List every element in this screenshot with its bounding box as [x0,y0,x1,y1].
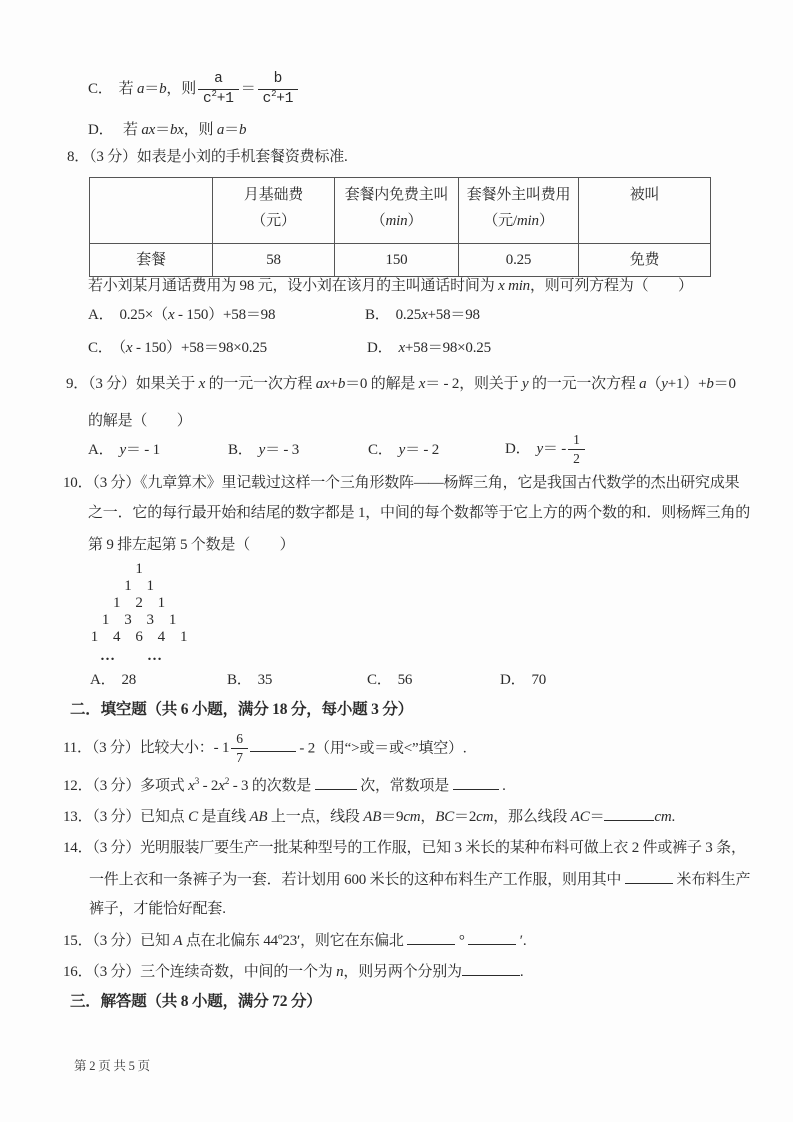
text-run: 上一点，线段 [267,809,363,825]
text-run: 1 [169,610,176,630]
section3-header: 三．解答题（共 8 小题，满分 72 分） [70,992,322,1012]
text-runs: 16．（3 分）三个连续奇数，中间的一个为 n，则另两个分别为. [63,964,523,980]
text-run: 0.25 [396,307,421,323]
q8-option-c: C．（x - 150）+58＝98×0.25 [88,338,267,358]
table-cell: 150 [335,244,459,277]
text-run: ＝ - 2，则关于 [425,376,522,392]
table-header-cell: 被叫 [579,178,711,244]
table-cell: 免费 [579,244,711,277]
text-run: ） [407,213,422,229]
text-runs: 裤子，才能恰好配套. [89,901,226,917]
text-run: ，则可列方程为（ ） [530,278,693,294]
text-run: 1 [124,576,131,596]
text-run: 1 [113,593,120,613]
den-tail: +1 [276,91,293,107]
text-run: ） [539,213,554,229]
q8-option-b: B．0.25x+58＝98 [365,305,480,325]
text-run: 月基础费 [244,187,303,203]
text-run: cm [654,809,671,825]
fraction: 1 2 [568,432,585,465]
text-run: +1）+ [668,376,707,392]
table-cell: 套餐 [90,244,213,277]
text-runs: 若 ax＝bx，则 a＝b [123,122,246,138]
text-run: 15．（3 分）已知 [63,933,173,949]
text-run: ax [141,122,155,138]
text-run: 1 [135,559,142,579]
text-run: 2 [135,593,142,613]
option-label: B． [228,442,253,458]
text-run: 4 [113,627,120,647]
text-runs: 14．（3 分）光明服装厂要生产一批某种型号的工作服，已知 3 米长的某种布料可… [63,840,746,856]
table-header-row: 月基础费（元） 套餐内免费主叫（min） 套餐外主叫费用（元/min） 被叫 [90,178,711,244]
text-runs: y＝ - [536,439,566,459]
blank-field [315,775,357,790]
fraction: a c2+1 [198,71,239,106]
header-line1: 月基础费 [213,185,334,205]
text-run: min [517,213,539,229]
den-base: c [203,91,212,107]
text-run: 3 [147,610,154,630]
text-run: 8．（3 分）如表是小刘的手机套餐资费标准. [67,149,348,165]
text-run: A [173,933,182,949]
text-run: ′. [516,933,526,949]
text-run: BC [435,809,454,825]
q8-option-a: A．0.25×（x - 150）+58＝98 [88,305,275,325]
text-run: … [100,646,116,663]
text-run: AB [249,809,267,825]
fraction-denominator: c2+1 [198,89,239,107]
text-run: +58＝98×0.25 [405,340,491,356]
text-run: 1 [91,627,98,647]
text-run: b [239,122,246,138]
text-runs: x+58＝98×0.25 [398,340,490,356]
fraction-denominator: 7 [231,748,248,765]
triangle-row: 121 [73,594,205,611]
text-runs: 15．（3 分）已知 A 点在北偏东 44o23′，则它在东偏北 ° ′. [63,933,526,949]
header-line2 [90,211,212,231]
text-run: . [671,809,675,825]
blank-field [250,738,296,753]
text-runs: 11．（3 分）比较大小： [63,738,214,758]
text-run: AC [571,809,590,825]
equals-sign: ＝ [241,79,256,99]
q10-option-a: A．28 [90,670,136,690]
text-run: 0.25×（ [119,307,168,323]
text-run: + [330,376,338,392]
mixed-number-sign: - 1 [214,738,230,758]
q8-heading: 8．（3 分）如表是小刘的手机套餐资费标准. [67,147,348,167]
text-run: 9．（3 分）如果关于 [66,376,199,392]
text-run: +58＝98 [428,307,480,323]
pascal-triangle: 1 11 121 1331 14641 …… [73,560,205,663]
q10-line2: 之一．它的每行最开始和结尾的数字都是 1，中间的每个数都等于它上方的两个数的和．… [88,503,750,523]
text-run: - 150）+58＝98×0.25 [132,340,267,356]
header-line1 [90,185,212,205]
option-value: 28 [121,672,136,688]
text-runs: 之一．它的每行最开始和结尾的数字都是 1，中间的每个数都等于它上方的两个数的和．… [88,505,750,521]
fraction-denominator: c2+1 [258,89,299,107]
q11-line: 11．（3 分）比较大小： - 1 6 7 - 2（用“>或＝或<”填空）. [63,726,466,770]
q10-line1: 10．（3 分）《九章算术》里记载过这样一个三角形数阵——杨辉三角，它是我国古代… [63,473,739,493]
text-run: 若小刘某月通话费用为 98 元，设小刘在该月的主叫通话时间为 [88,278,498,294]
text-run: . [499,778,506,794]
triangle-row: 14641 [73,628,205,645]
table-cell: 58 [213,244,335,277]
den-tail: +1 [217,91,234,107]
triangle-row: 1331 [73,611,205,628]
table-cell: 0.25 [459,244,579,277]
text-run: （ [646,376,661,392]
text-run: 是直线 [198,809,250,825]
text-run: 第 9 排左起第 5 个数是（ ） [88,537,294,553]
text-runs: 若小刘某月通话费用为 98 元，设小刘在该月的主叫通话时间为 x min，则可列… [88,278,693,294]
fraction-numerator: 6 [231,731,248,747]
fraction-numerator: 1 [568,432,585,448]
q10-line3: 第 9 排左起第 5 个数是（ ） [88,535,294,555]
q15-line: 15．（3 分）已知 A 点在北偏东 44o23′，则它在东偏北 ° ′. [63,930,526,951]
text-runs: 9．（3 分）如果关于 x 的一元一次方程 ax+b＝0 的解是 x＝ - 2，… [66,376,736,392]
q8-option-d: D．x+58＝98×0.25 [367,338,491,358]
option-label: B． [227,672,252,688]
text-run: （ [371,213,386,229]
header-line1: 被叫 [579,185,710,205]
fraction-numerator: b [258,71,299,88]
text-run: 4 [158,627,165,647]
option-label: A． [88,307,113,323]
text-run: . [520,964,524,980]
option-label: A． [90,672,115,688]
text-run: ＝ - 3 [265,442,299,458]
text-runs: 一件上衣和一条裤子为一套．若计划用 600 米长的这种布料生产工作服，则用其中 … [89,872,750,888]
text-run: 1 [147,576,154,596]
text-run: ＝ - 1 [126,442,160,458]
text-run: 点在北偏东 44 [182,933,278,949]
text-run: ax [316,376,330,392]
table-header-cell [90,178,213,244]
text-run: 1 [180,627,187,647]
text-run: 13．（3 分）已知点 [63,809,188,825]
q13-line: 13．（3 分）已知点 C 是直线 AB 上一点，线段 AB＝9cm，BC＝2c… [63,806,675,827]
text-run: 一件上衣和一条裤子为一套．若计划用 600 米长的这种布料生产工作服，则用其中 [89,872,625,888]
text-run: ，则 [184,122,217,138]
q14-line1: 14．（3 分）光明服装厂要生产一批某种型号的工作服，已知 3 米长的某种布料可… [63,838,746,858]
text-run: 被叫 [630,187,660,203]
text-run: 的一元一次方程 [528,376,639,392]
q8-fee-table: 月基础费（元） 套餐内免费主叫（min） 套餐外主叫费用（元/min） 被叫 套… [89,177,711,277]
option-label: D． [367,340,392,356]
text-run: 若 [123,122,141,138]
text-run: 套餐内免费主叫 [345,187,449,203]
prev-option-d: D． 若 ax＝bx，则 a＝b [88,120,246,140]
text-runs: （x - 150）+58＝98×0.25 [119,340,267,356]
text-run: ，那么线段 [493,809,571,825]
triangle-dots-row: …… [73,646,205,663]
text-run: - 150）+58＝98 [174,307,275,323]
text-run: … [147,646,163,663]
q10-option-d: D．70 [500,670,546,690]
option-label: B． [365,307,390,323]
text-run: cm [403,809,420,825]
header-line2: （min） [335,211,458,231]
text-runs: - 2（用“>或＝或<”填空）. [250,738,467,759]
text-run: 12．（3 分）多项式 [63,778,188,794]
table-header-cell: 套餐内免费主叫（min） [335,178,459,244]
text-run: （元/ [483,213,517,229]
text-run: AB [363,809,381,825]
text-run: 套餐外主叫费用 [467,187,571,203]
text-runs: y＝ - 1 [119,442,159,458]
text-runs: 0.25×（x - 150）+58＝98 [119,307,275,323]
blank-field [453,775,499,790]
text-runs: 第 9 排左起第 5 个数是（ ） [88,537,294,553]
text-run: 次，常数项是 [357,778,453,794]
fraction-numerator: a [198,71,239,88]
option-label: A． [88,442,113,458]
option-label: C． [367,672,392,688]
blank-field [407,930,455,945]
q8-question: 若小刘某月通话费用为 98 元，设小刘在该月的主叫通话时间为 x min，则可列… [88,276,693,296]
q14-line3: 裤子，才能恰好配套. [89,899,226,919]
text-run: cm [476,809,493,825]
fraction-denominator: 2 [568,449,585,466]
option-label: D． [505,439,530,459]
header-line2 [579,211,710,231]
blank-field [625,869,673,884]
table-header-cell: 套餐外主叫费用（元/min） [459,178,579,244]
text-run: ＝0 的解是 [345,376,419,392]
text-run: 14．（3 分）光明服装厂要生产一批某种型号的工作服，已知 3 米长的某种布料可… [63,840,746,856]
fraction: b c2+1 [258,71,299,106]
text-runs: 的解是（ ） [88,413,192,429]
text-runs: 12．（3 分）多项式 x3 - 2x2 - 3 的次数是 次，常数项是 . [63,778,506,794]
text-run: 裤子，才能恰好配套. [89,901,226,917]
text-runs: 10．（3 分）《九章算术》里记载过这样一个三角形数阵——杨辉三角，它是我国古代… [63,475,739,491]
text-run: ＝2 [454,809,476,825]
triangle-row: 1 [73,560,205,577]
option-label: D． [88,122,113,138]
text-run: min [386,213,408,229]
q9-line2: 的解是（ ） [88,411,192,431]
text-run: 米布料生产 [673,872,751,888]
blank-field [462,961,520,976]
text-run: ＝0 [714,376,736,392]
text-run: C [188,809,198,825]
q9-option-c: C．y＝ - 2 [368,440,439,460]
text-run: - 2 [199,778,218,794]
text-runs: 0.25x+58＝98 [396,307,480,323]
option-label: C． [88,340,113,356]
text-run: ＝9 [381,809,403,825]
option-value: 56 [398,672,413,688]
text-run: ， [420,809,435,825]
exam-page: C． 若 a＝b，则 a c2+1 ＝ b c2+1 D． 若 ax＝bx，则 … [0,0,793,1122]
text-run: 1 [102,610,109,630]
option-label: D． [500,672,525,688]
text-run: b [706,376,713,392]
text-run: ，则另两个分别为 [343,964,461,980]
text-run: 3 [124,610,131,630]
page-number-footer: 第 2 页 共 5 页 [74,1056,150,1076]
text-runs: y＝ - 2 [399,442,439,458]
q9-option-d: D． y＝ - 1 2 [505,427,587,471]
q16-line: 16．（3 分）三个连续奇数，中间的一个为 n，则另两个分别为. [63,961,523,982]
text-run: ＝ - 2 [405,442,439,458]
text-run: - 2（用“>或＝或<”填空）. [296,740,467,756]
q14-line2: 一件上衣和一条裤子为一套．若计划用 600 米长的这种布料生产工作服，则用其中 … [89,869,750,890]
text-run: ＝ [224,122,239,138]
text-runs: 8．（3 分）如表是小刘的手机套餐资费标准. [67,149,348,165]
text-runs: 13．（3 分）已知点 C 是直线 AB 上一点，线段 AB＝9cm，BC＝2c… [63,809,675,825]
text-run: x min [498,278,530,294]
text-run: 16．（3 分）三个连续奇数，中间的一个为 [63,964,336,980]
q9-option-b: B．y＝ - 3 [228,440,299,460]
text-run: ＝ [590,809,605,825]
text-run: ° [455,933,468,949]
option-value: 70 [531,672,546,688]
text-run: 1 [158,593,165,613]
header-line2: （元/min） [459,211,578,231]
text-run: 23′，则它在东偏北 [282,933,407,949]
prev-option-c: C． 若 a＝b，则 a c2+1 ＝ b c2+1 [88,64,300,114]
text-run: ，则 [166,81,196,97]
table-data-row: 套餐 58 150 0.25 免费 [90,244,711,277]
den-base: c [263,91,272,107]
header-line1: 套餐外主叫费用 [459,185,578,205]
text-runs: 若 a＝b，则 [119,79,196,99]
q9-line1: 9．（3 分）如果关于 x 的一元一次方程 ax+b＝0 的解是 x＝ - 2，… [66,374,736,394]
text-run: ＝ [144,81,159,97]
text-run: 的一元一次方程 [205,376,316,392]
text-runs: y＝ - 3 [259,442,299,458]
text-run: - 3 的次数是 [229,778,315,794]
header-line1: 套餐内免费主叫 [335,185,458,205]
q10-option-c: C．56 [367,670,412,690]
text-run: ＝ - [543,441,566,457]
text-run: （ [119,340,126,356]
blank-field [604,806,654,821]
option-label: C． [368,442,393,458]
section2-header: 二．填空题（共 6 小题，满分 18 分，每小题 3 分） [70,700,413,720]
q10-option-b: B．35 [227,670,272,690]
text-run: 6 [135,627,142,647]
text-run: ＝ [155,122,170,138]
text-run: 10．（3 分）《九章算术》里记载过这样一个三角形数阵——杨辉三角，它是我国古代… [63,475,739,491]
text-run: 若 [119,81,137,97]
q12-line: 12．（3 分）多项式 x3 - 2x2 - 3 的次数是 次，常数项是 . [63,775,506,796]
option-label: C． [88,79,113,99]
text-run: bx [170,122,184,138]
text-run: 11．（3 分）比较大小： [63,740,214,756]
q9-option-a: A．y＝ - 1 [88,440,160,460]
triangle-row: 11 [73,577,205,594]
text-run: 的解是（ ） [88,413,192,429]
header-line2: （元） [213,211,334,231]
text-run: 之一．它的每行最开始和结尾的数字都是 1，中间的每个数都等于它上方的两个数的和．… [88,505,750,521]
blank-field [468,930,516,945]
option-value: 35 [258,672,273,688]
fraction: 6 7 [231,731,248,764]
table-header-cell: 月基础费（元） [213,178,335,244]
text-run: （元） [251,213,295,229]
